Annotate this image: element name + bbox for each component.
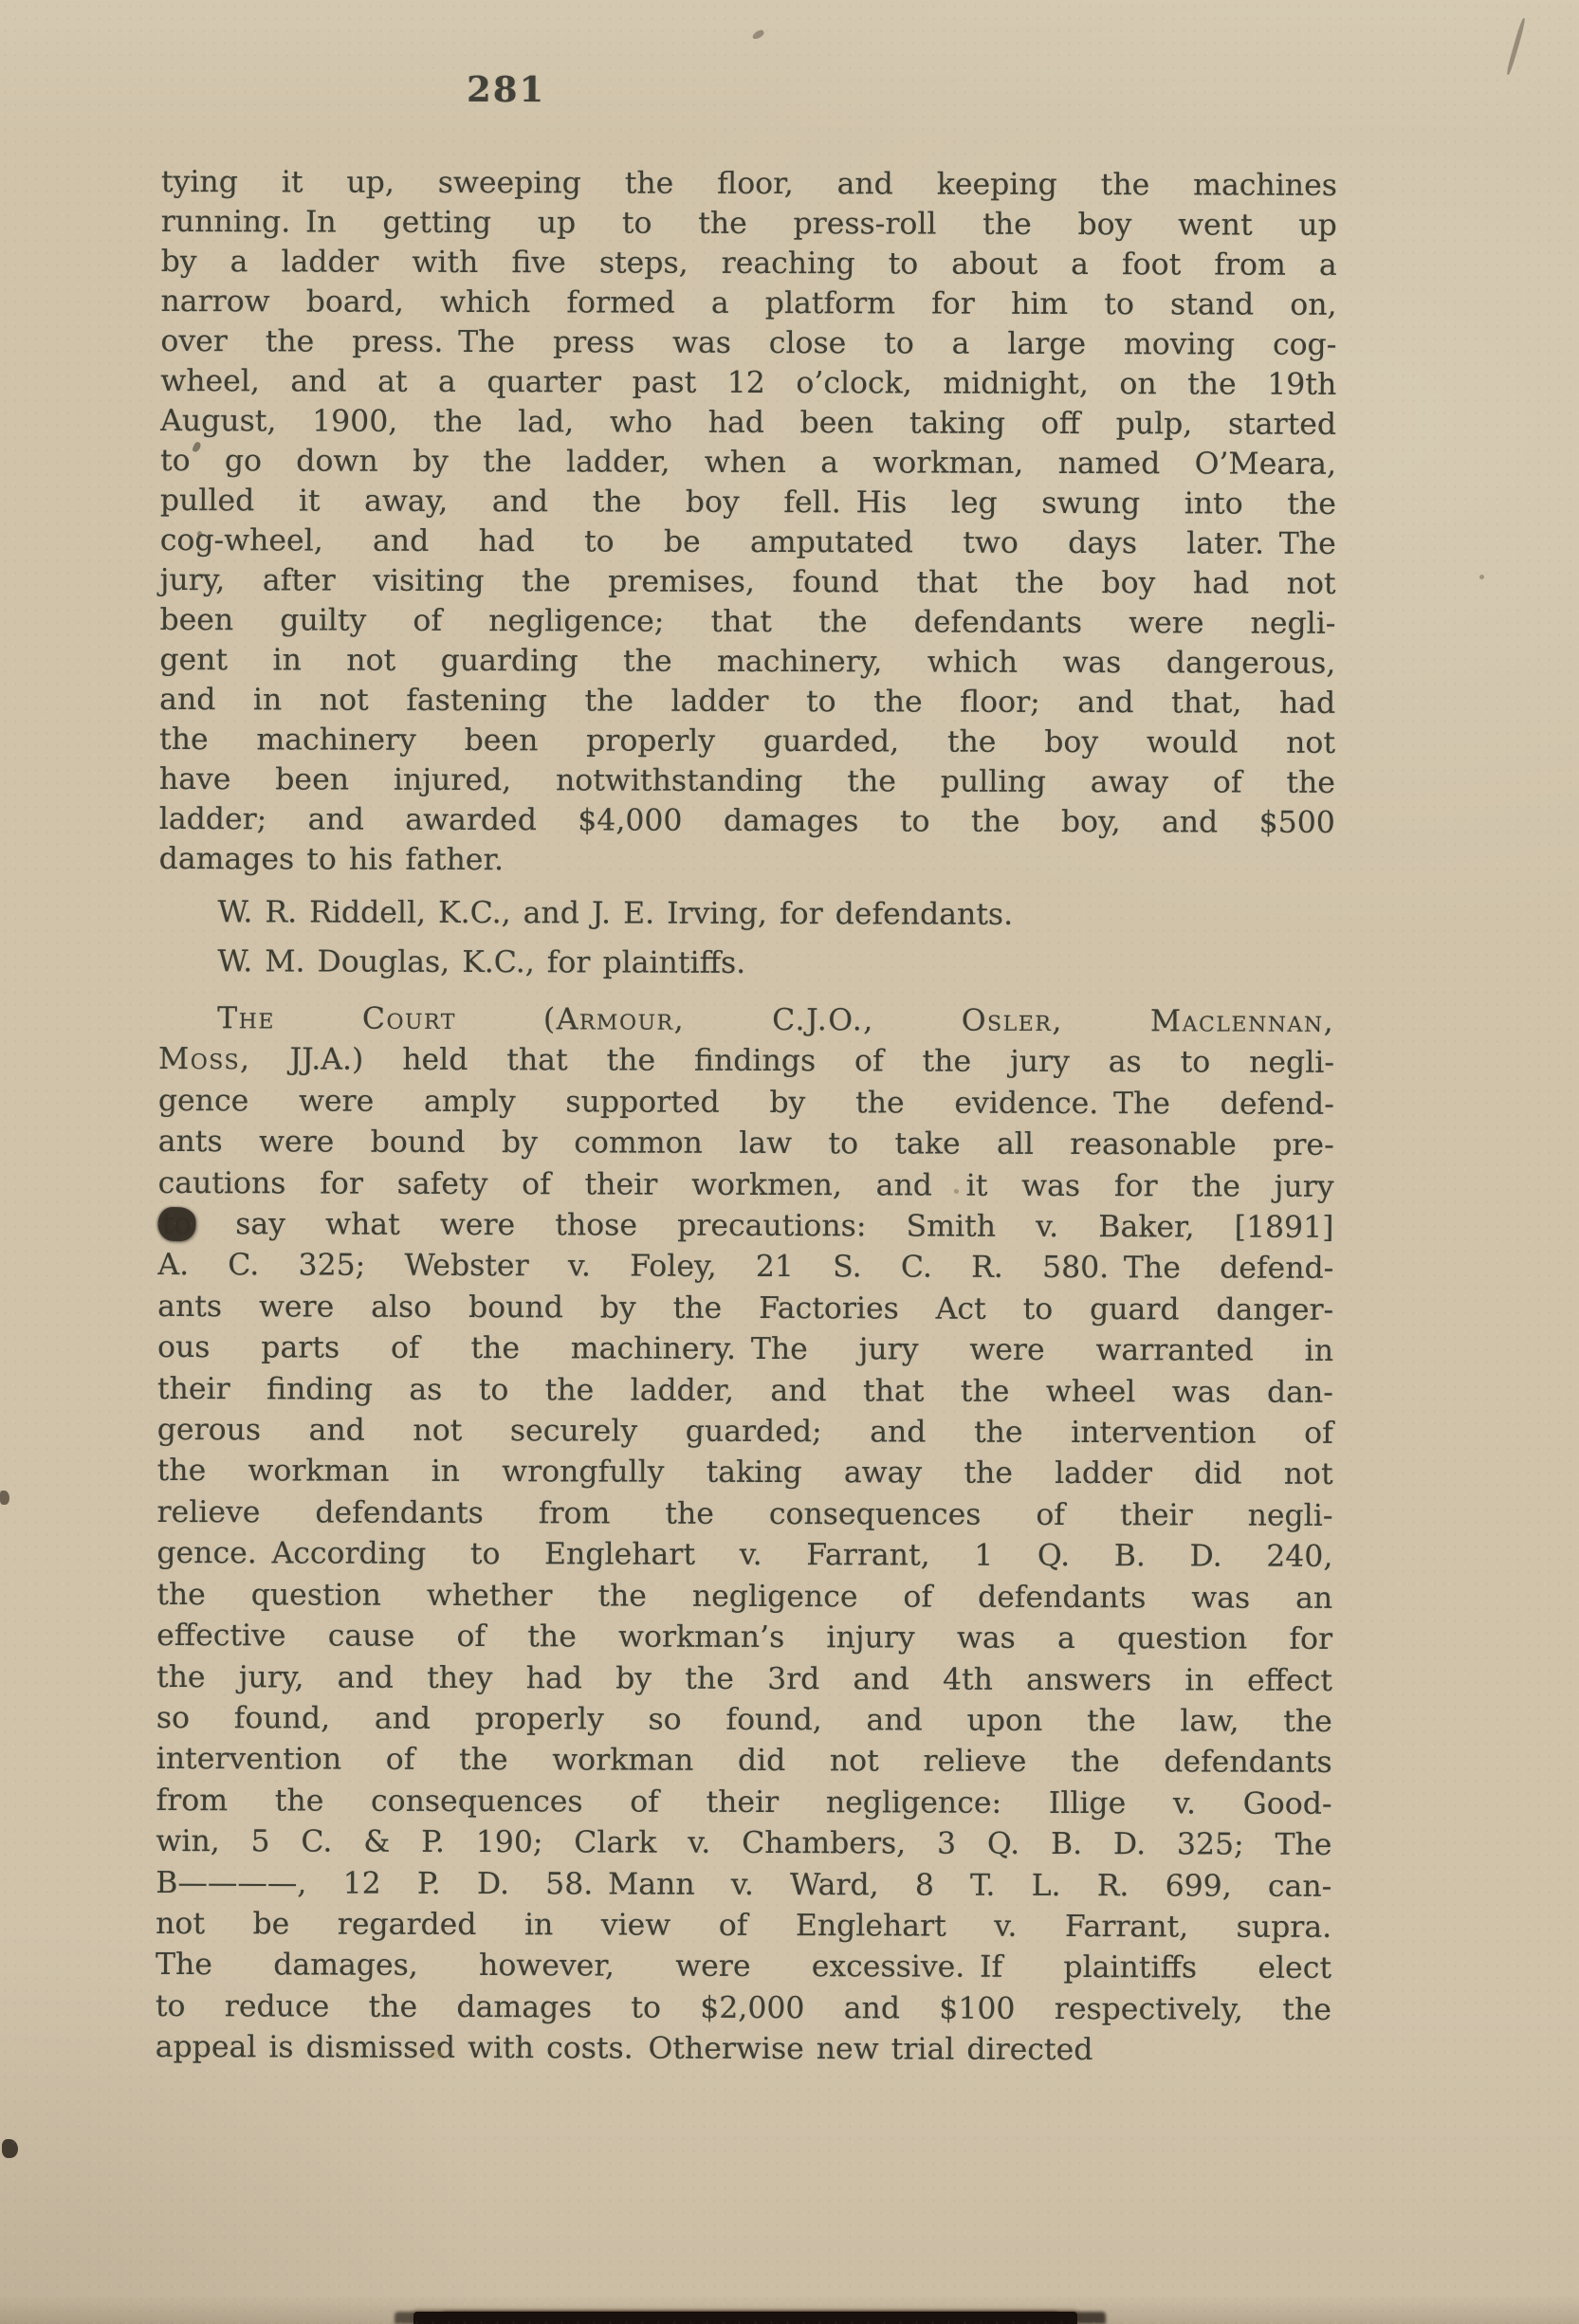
text-line: been guilty of negligence; that the defe… xyxy=(159,600,1335,644)
text-line: appeal is dismissed with costs. Otherwis… xyxy=(156,2027,1331,2072)
paper-speck xyxy=(1479,575,1484,579)
text-line: by a ladder with five steps, reaching to… xyxy=(161,242,1337,285)
paper-speck xyxy=(2,2139,18,2158)
text-line: jury, after visiting the premises, found… xyxy=(160,560,1336,604)
text-line: and in not fastening the ladder to the f… xyxy=(159,680,1335,723)
text-line: narrow board, which formed a platform fo… xyxy=(160,282,1336,325)
text-line: ants were also bound by the Factories Ac… xyxy=(157,1287,1333,1331)
text-line: gence were amply supported by the eviden… xyxy=(158,1081,1334,1125)
paper-speck xyxy=(0,1491,9,1505)
text-line: win, 5 C. & P. 190; Clark v. Chambers, 3… xyxy=(156,1821,1331,1866)
text-line: W. R. Riddell, K.C., and J. E. Irving, f… xyxy=(158,892,1334,936)
text-line: running. In getting up to the press-roll… xyxy=(161,202,1337,246)
text-line: the workman in wrongfully taking away th… xyxy=(157,1451,1333,1495)
text-line: gerous and not securely guarded; and the… xyxy=(157,1410,1333,1455)
text-line: relieve defendants from the consequences… xyxy=(156,1492,1332,1537)
text-line: August, 1900, the lad, who had been taki… xyxy=(160,401,1336,445)
text-line: gent in not guarding the machinery, whic… xyxy=(159,640,1335,684)
small-caps-text: The Court (Armour, C.J.O., Osler, Maclen… xyxy=(217,1001,1334,1039)
text-line: the jury, and they had by the 3rd and 4t… xyxy=(156,1656,1332,1701)
text-line: not be regarded in view of Englehart v. … xyxy=(156,1904,1331,1949)
text-line: ladder; and awarded $4,000 damages to th… xyxy=(159,799,1335,843)
paragraph-judgment: The Court (Armour, C.J.O., Osler, Maclen… xyxy=(156,998,1335,2072)
scan-edge-bar xyxy=(413,2312,1077,2324)
text-line: damages to his father. xyxy=(159,839,1335,883)
text-line: A. C. 325; Webster v. Foley, 21 S. C. R.… xyxy=(157,1245,1333,1290)
text-line: effective cause of the workman’s injury … xyxy=(156,1616,1332,1660)
text-line: W. M. Douglas, K.C., for plaintiffs. xyxy=(158,942,1334,985)
text-line: wheel, and at a quarter past 12 o’clock,… xyxy=(160,361,1336,405)
text-line: ous parts of the machinery. The jury wer… xyxy=(157,1327,1333,1372)
text-line: cog-wheel, and had to be amputated two d… xyxy=(160,521,1336,564)
paragraph-body-continuation: tying it up, sweeping the floor, and kee… xyxy=(159,162,1337,883)
text-line: from the consequences of their negligenc… xyxy=(156,1781,1332,1825)
text-line: The damages, however, were excessive. If… xyxy=(156,1945,1331,1989)
text-line: intervention of the workman did not reli… xyxy=(156,1739,1332,1784)
ink-blot-word: to xyxy=(157,1207,195,1241)
text-line: to go down by the ladder, when a workman… xyxy=(160,441,1336,485)
paper-speck xyxy=(1506,18,1527,76)
text-line: over the press. The press was close to a… xyxy=(160,321,1336,365)
text-line: Moss, JJ.A.) held that the findings of t… xyxy=(158,1039,1334,1084)
text-line: have been injured, notwithstanding the p… xyxy=(159,759,1335,803)
text-block: tying it up, sweeping the floor, and kee… xyxy=(156,162,1337,2072)
text-line: so found, and properly so found, and upo… xyxy=(156,1698,1332,1743)
text-line: The Court (Armour, C.J.O., Osler, Maclen… xyxy=(158,998,1334,1043)
text-line: tying it up, sweeping the floor, and kee… xyxy=(161,162,1337,206)
text-line: gence. According to Englehart v. Farrant… xyxy=(156,1533,1332,1578)
text-line: the machinery been properly guarded, the… xyxy=(159,720,1335,763)
paragraph-counsel: W. M. Douglas, K.C., for plaintiffs. xyxy=(158,942,1334,985)
text-line: pulled it away, and the boy fell. His le… xyxy=(160,481,1336,524)
page-number: 281 xyxy=(467,68,545,110)
scanned-page: 281 tying it up, sweeping the floor, and… xyxy=(0,0,1579,2324)
text-line: B————, 12 P. D. 58. Mann v. Ward, 8 T. L… xyxy=(156,1863,1331,1908)
small-caps-text: Moss, xyxy=(158,1042,251,1076)
text-line: ants were bound by common law to take al… xyxy=(158,1122,1334,1166)
text-line: to reduce the damages to $2,000 and $100… xyxy=(156,1986,1331,2031)
text-line: to say what were those precautions: Smit… xyxy=(157,1204,1333,1249)
paragraph-counsel: W. R. Riddell, K.C., and J. E. Irving, f… xyxy=(158,892,1334,936)
text-line: the question whether the negligence of d… xyxy=(156,1575,1332,1619)
text-line: cautions for safety of their workmen, an… xyxy=(158,1163,1334,1208)
text-line: their finding as to the ladder, and that… xyxy=(157,1369,1333,1414)
paper-speck xyxy=(751,28,765,40)
